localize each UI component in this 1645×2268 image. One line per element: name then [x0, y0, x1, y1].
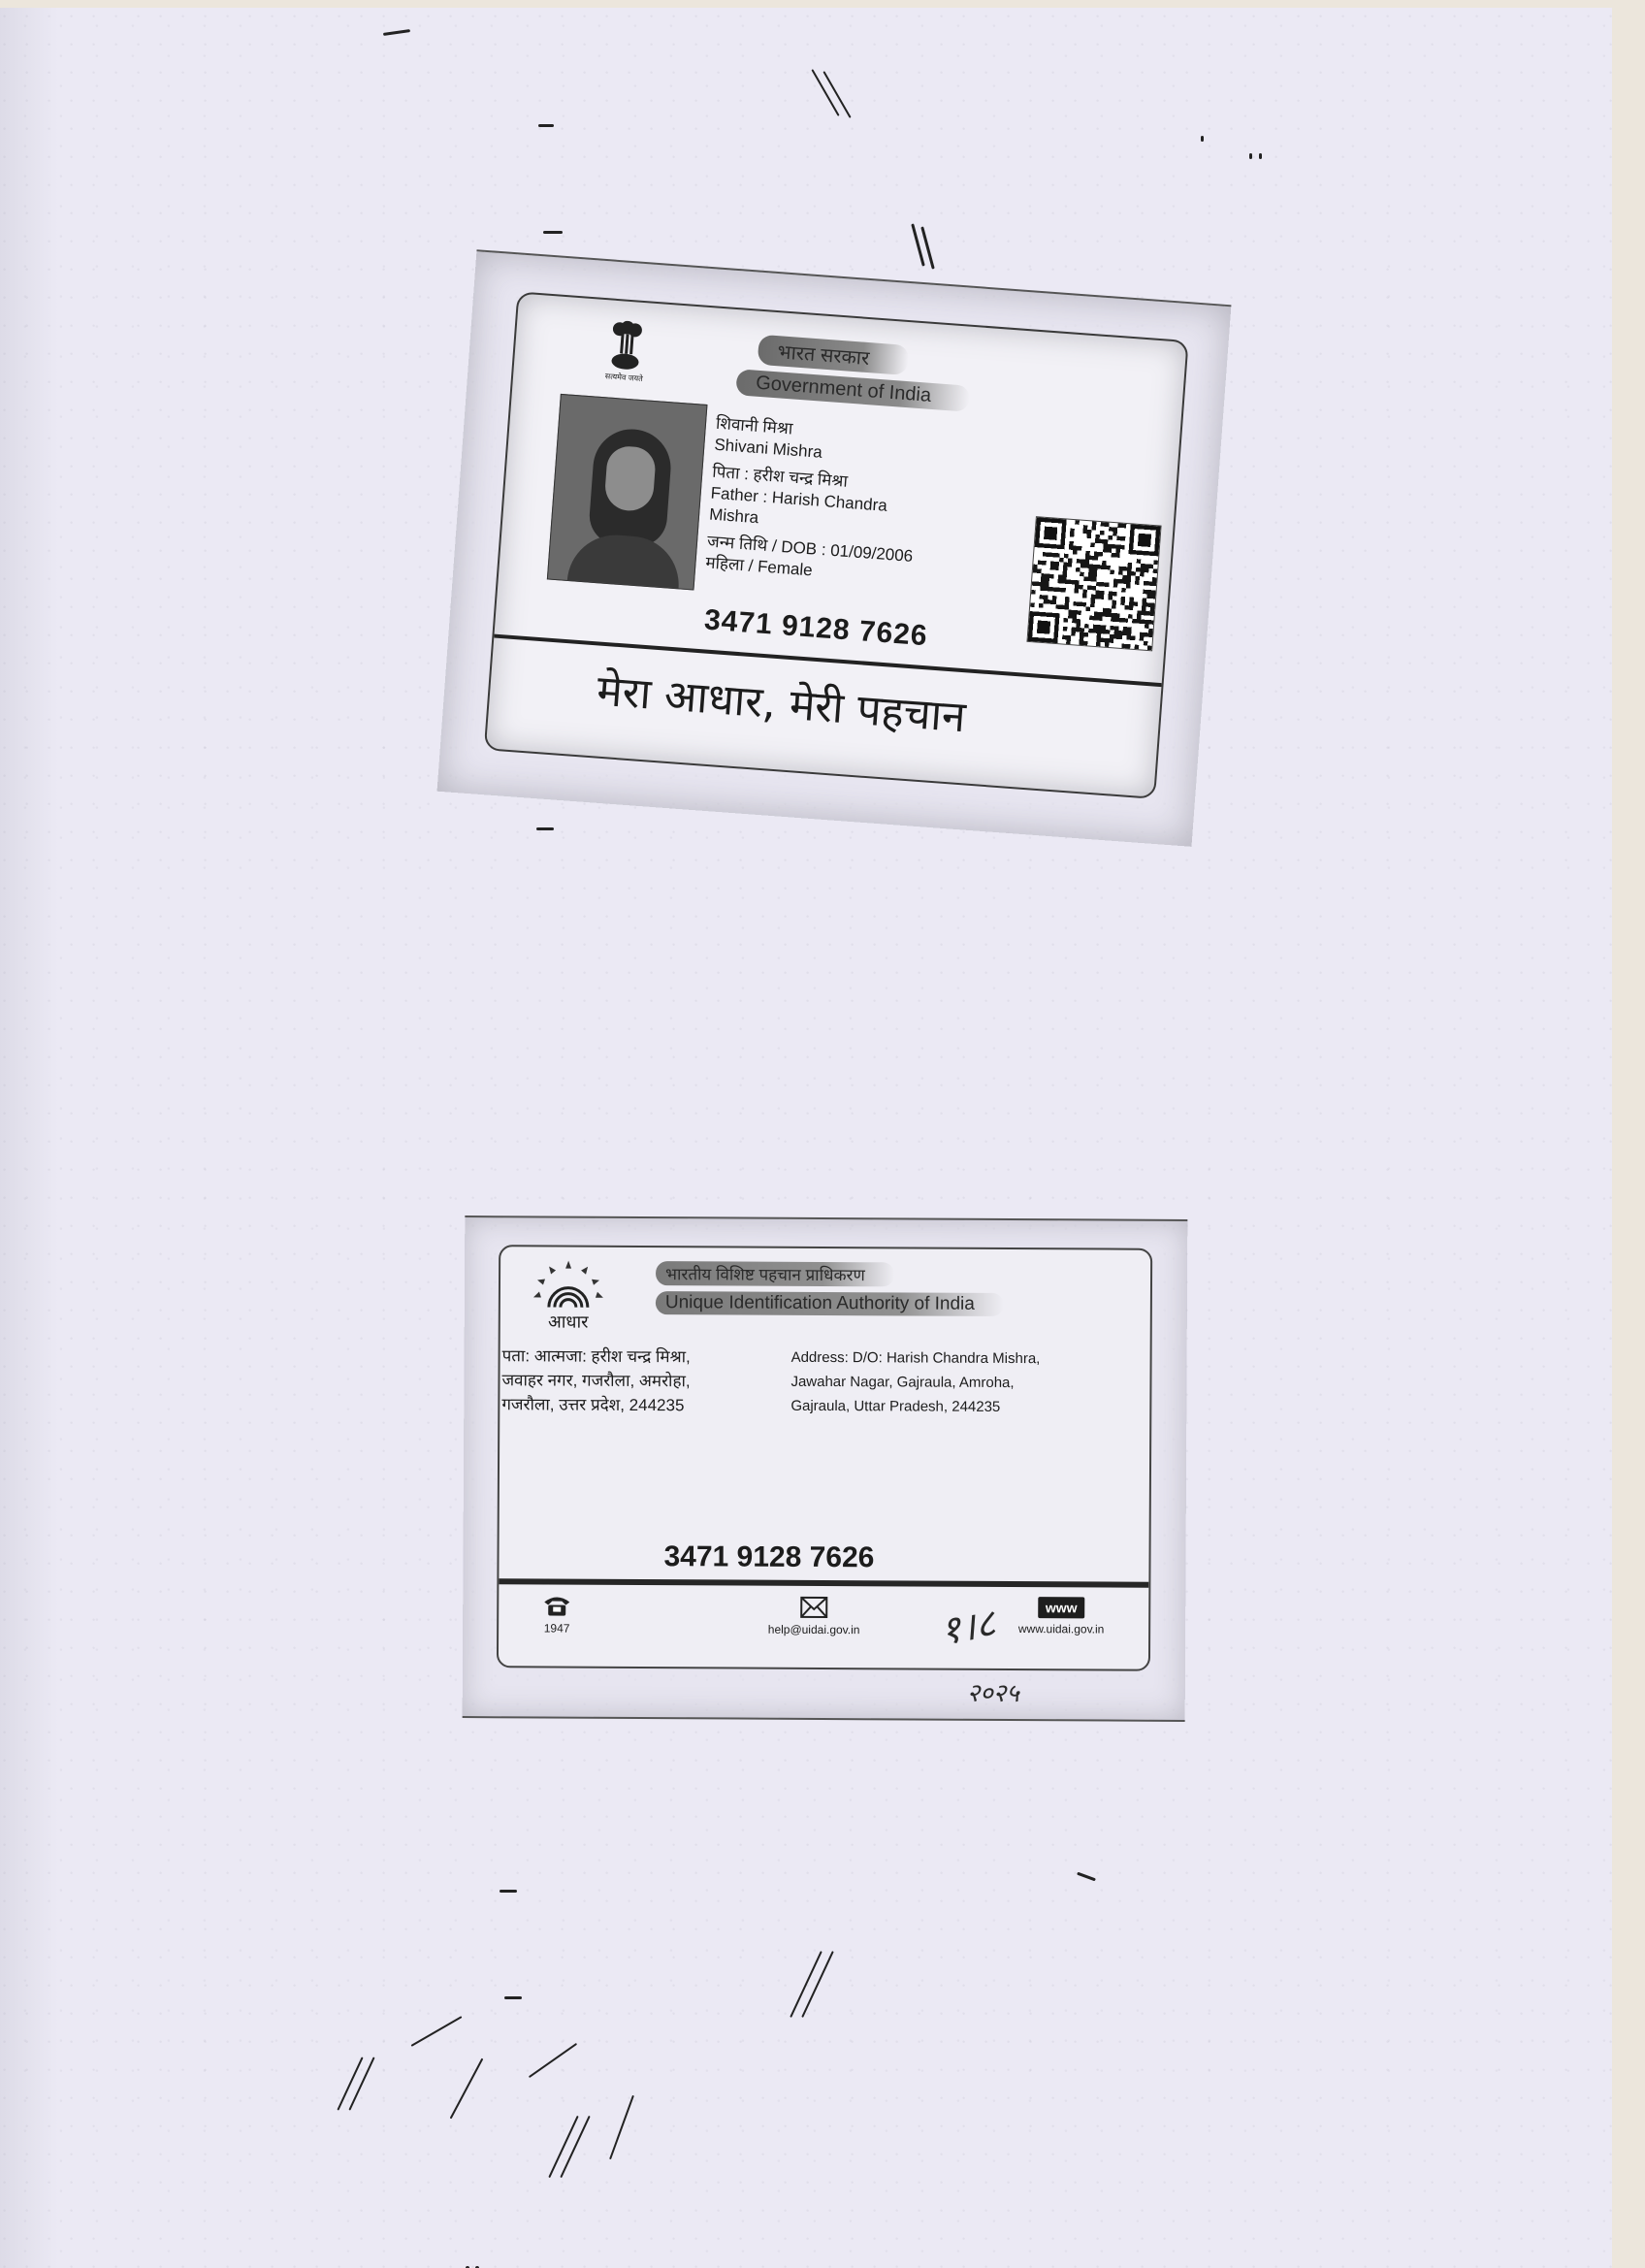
phone-number: 1947: [528, 1621, 586, 1635]
issuer-english: Unique Identification Authority of India: [656, 1291, 1004, 1316]
scan-mark: [1077, 1872, 1096, 1882]
tagline: मेरा आधार, मेरी पहचान: [596, 660, 968, 745]
qr-code: [1026, 516, 1161, 651]
scan-mark: [536, 827, 554, 830]
address-english-line: Address: D/O: Harish Chandra Mishra,: [791, 1345, 1121, 1372]
scan-mark: [1201, 136, 1204, 142]
scan-mark: [504, 1996, 522, 1999]
issuer-header: भारत सरकार Government of India: [735, 333, 1127, 429]
scan-mark: [348, 2057, 374, 2110]
aadhaar-logo-text: आधार: [520, 1310, 617, 1334]
scan-mark: [538, 124, 554, 127]
aadhaar-card-back: आधार भारतीय विशिष्ट पहचान प्राधिकरण Uniq…: [463, 1215, 1188, 1722]
envelope-icon: [799, 1596, 828, 1619]
handwritten-mark: २०२५: [967, 1674, 1019, 1709]
aadhaar-number: 3471 9128 7626: [703, 603, 929, 653]
contact-phone: 1947: [528, 1594, 586, 1635]
holder-photo: [547, 394, 708, 591]
scan-mark: [1249, 153, 1252, 159]
contact-website: www www.uidai.gov.in: [993, 1597, 1129, 1636]
issuer-hindi: भारतीय विशिष्ट पहचान प्राधिकरण: [656, 1261, 894, 1286]
email-address: help@uidai.gov.in: [746, 1623, 882, 1637]
scan-mark: [609, 2095, 634, 2159]
divider-line: [499, 1578, 1148, 1588]
scan-mark: [500, 1890, 517, 1893]
contact-email: help@uidai.gov.in: [746, 1596, 882, 1637]
address-english-line: Jawahar Nagar, Gajraula, Amroha,: [790, 1370, 1120, 1396]
scan-mark: [529, 2043, 577, 2078]
address-english-line: Gajraula, Uttar Pradesh, 244235: [790, 1394, 1120, 1420]
issuer-english: Government of India: [735, 369, 971, 412]
www-icon: www: [1038, 1597, 1085, 1618]
address-hindi-line: जवाहर नगर, गजरौला, अमरोहा,: [501, 1368, 783, 1394]
website-url: www.uidai.gov.in: [993, 1622, 1129, 1636]
aadhaar-card-front: सत्यमेव जयते भारत सरकार Government of In…: [437, 249, 1232, 847]
issuer-header: भारतीय विशिष्ट पहचान प्राधिकरण Unique Id…: [656, 1261, 1121, 1323]
scan-mark: [1259, 153, 1262, 159]
telephone-icon: [542, 1594, 571, 1617]
issuer-hindi: भारत सरकार: [758, 335, 910, 375]
qr-code-icon: [1028, 517, 1161, 650]
address-hindi: पता: आत्मजा: हरीश चन्द्र मिश्रा, जवाहर न…: [500, 1344, 783, 1418]
scan-mark: [450, 2058, 484, 2120]
scan-mark: [383, 29, 410, 36]
emblem-motto: सत्यमेव जयते: [604, 371, 643, 384]
aadhaar-number: 3471 9128 7626: [663, 1540, 874, 1574]
card-back-face: आधार भारतीय विशिष्ट पहचान प्राधिकरण Uniq…: [497, 1245, 1152, 1671]
handwritten-mark: १।८: [936, 1594, 999, 1656]
address-hindi-line: पता: आत्मजा: हरीश चन्द्र मिश्रा,: [502, 1344, 784, 1370]
aadhaar-fingerprint-sun-icon: [530, 1258, 607, 1309]
ashoka-emblem-icon: [607, 319, 646, 372]
holder-details: शिवानी मिश्रा Shivani Mishra पिता : हरीश…: [705, 413, 1026, 597]
aadhaar-logo: आधार: [520, 1258, 617, 1335]
national-emblem: सत्यमेव जयते: [599, 319, 651, 392]
scan-mark: [411, 2016, 463, 2047]
address-hindi-line: गजरौला, उत्तर प्रदेश, 244235: [501, 1392, 783, 1418]
address-english: Address: D/O: Harish Chandra Mishra, Jaw…: [790, 1345, 1120, 1420]
card-front-face: सत्यमेव जयते भारत सरकार Government of In…: [484, 291, 1189, 799]
scan-mark: [543, 231, 563, 234]
